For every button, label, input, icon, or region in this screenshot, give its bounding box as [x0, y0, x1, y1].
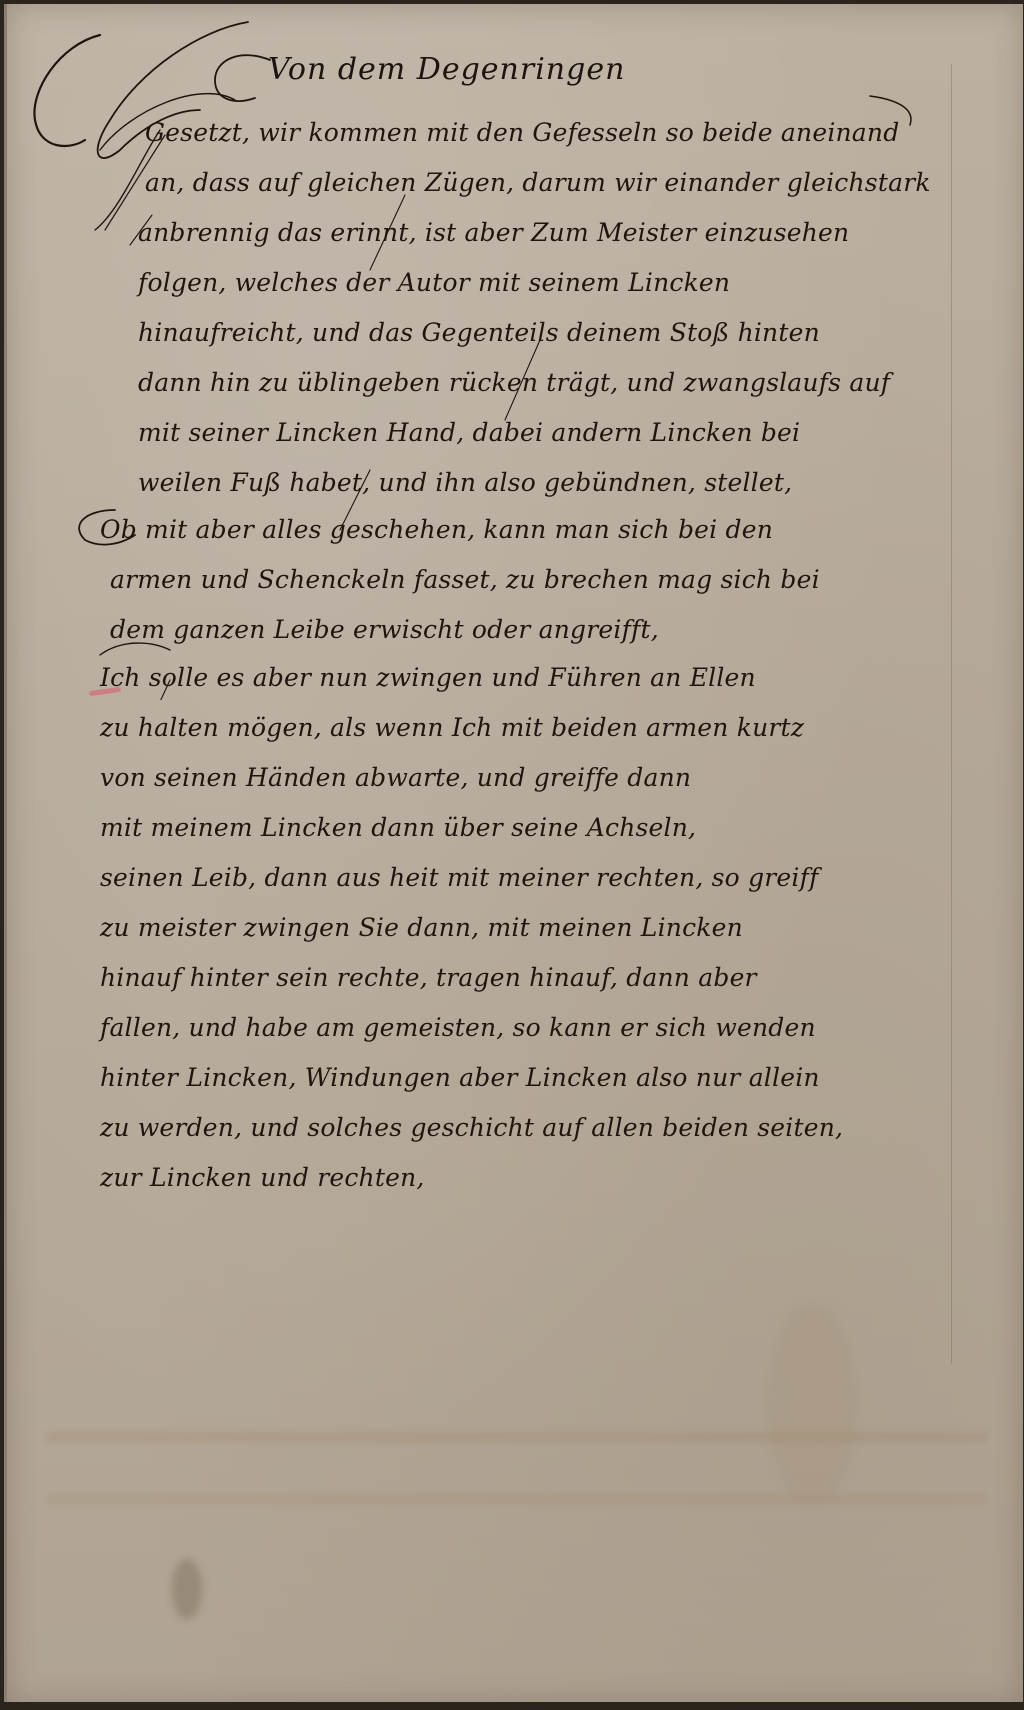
- text-line: zu meister zwingen Sie dann, mit meinen …: [100, 913, 743, 942]
- page-bottom-edge: [0, 1702, 1024, 1710]
- text-line: folgen, welches der Autor mit seinem Lin…: [138, 268, 730, 297]
- text-line: an, dass auf gleichen Zügen, darum wir e…: [145, 168, 931, 197]
- text-line: hinauf hinter sein rechte, tragen hinauf…: [100, 963, 757, 992]
- text-line: mit meinem Lincken dann über seine Achse…: [100, 813, 696, 842]
- text-line: Gesetzt, wir kommen mit den Gefesseln so…: [145, 118, 899, 147]
- text-line: weilen Fuß habet, und ihn also gebündnen…: [138, 468, 792, 497]
- text-line: zu halten mögen, als wenn Ich mit beiden…: [100, 713, 804, 742]
- page-title: Von dem Degenringen: [268, 52, 625, 87]
- text-line: armen und Schenckeln fasset, zu brechen …: [110, 565, 820, 594]
- manuscript-text: Von dem Degenringen Gesetzt, wir kommen …: [0, 0, 1024, 1710]
- text-line: dann hin zu üblingeben rücken trägt, und…: [138, 368, 890, 397]
- text-line: hinter Lincken, Windungen aber Lincken a…: [100, 1063, 820, 1092]
- text-line: fallen, und habe am gemeisten, so kann e…: [100, 1013, 816, 1042]
- text-line: Ob mit aber alles geschehen, kann man si…: [100, 515, 773, 544]
- text-line: hinaufreicht, und das Gegenteils deinem …: [138, 318, 820, 347]
- text-line: seinen Leib, dann aus heit mit meiner re…: [100, 863, 819, 892]
- text-line: von seinen Händen abwarte, und greiffe d…: [100, 763, 691, 792]
- text-line: anbrennig das erinnt, ist aber Zum Meist…: [138, 218, 849, 247]
- text-line: zu werden, und solches geschicht auf all…: [100, 1113, 843, 1142]
- text-line: Ich solle es aber nun zwingen und Führen…: [100, 663, 756, 692]
- text-line: mit seiner Lincken Hand, dabei andern Li…: [138, 418, 800, 447]
- text-line: dem ganzen Leibe erwischt oder angreifft…: [110, 615, 659, 644]
- text-line: zur Lincken und rechten,: [100, 1163, 425, 1192]
